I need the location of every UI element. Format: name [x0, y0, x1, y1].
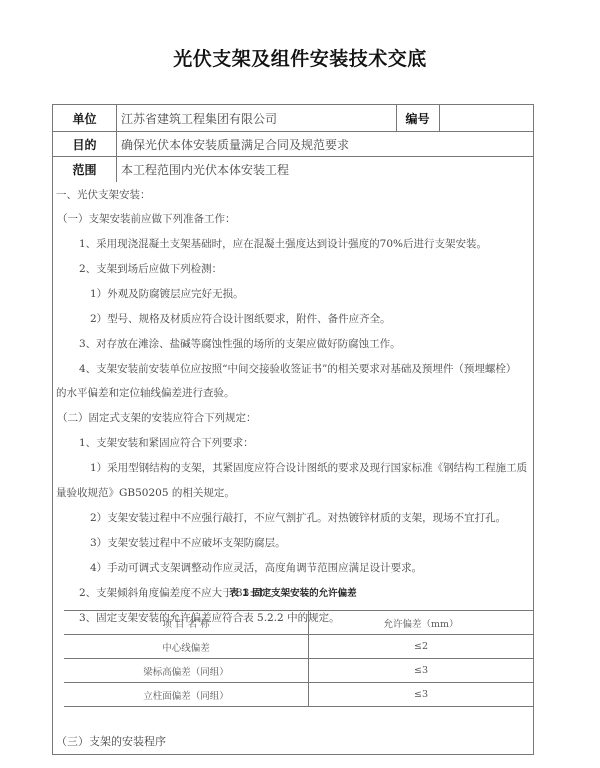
- body-line: 量验收规范》GB50205 的相关规定。: [56, 485, 235, 500]
- body-line: 1、支架安装和紧固应符合下列要求：: [79, 435, 254, 450]
- body-line: 3）支架安装过程中不应破坏支架防腐层。: [90, 535, 286, 550]
- number-label: 编号: [396, 105, 439, 131]
- number-value: [439, 105, 534, 131]
- subsection-heading: （三）支架的安装程序: [56, 733, 166, 749]
- scope-value: 本工程范围内光伏本体安装工程: [116, 157, 534, 182]
- table-row: 梁标高偏差（同组） ≤3: [64, 659, 534, 683]
- table-row: 立柱面偏差（同组） ≤3: [64, 683, 534, 707]
- document-title: 光伏支架及组件安装技术交底: [0, 44, 600, 71]
- table-cell: 立柱面偏差（同组）: [64, 683, 308, 706]
- subsection-heading: （二）固定式支架的安装应符合下列规定：: [57, 410, 257, 425]
- table-cell: ≤2: [308, 635, 534, 658]
- body-line: 2、支架到场后应做下列检测：: [79, 261, 222, 276]
- scope-label: 范围: [53, 157, 116, 182]
- body-line: 的水平偏差和定位轴线偏差进行查验。: [56, 385, 235, 400]
- section-heading: 一、光伏支架安装：: [56, 187, 151, 202]
- header-cell: 允许偏差（mm）: [308, 611, 534, 634]
- scope-row: 范围 本工程范围内光伏本体安装工程: [53, 157, 533, 182]
- deviation-table: 项 目 名 称 允许偏差（mm） 中心线偏差 ≤2 梁标高偏差（同组） ≤3 立…: [64, 610, 534, 707]
- unit-label: 单位: [53, 105, 116, 131]
- table-cell: 中心线偏差: [64, 635, 308, 658]
- table-row: 中心线偏差 ≤2: [64, 635, 534, 659]
- unit-row: 单位 江苏省建筑工程集团有限公司 编号: [53, 105, 533, 132]
- purpose-row: 目的 确保光伏本体安装质量满足合同及规范要求: [53, 132, 533, 157]
- purpose-label: 目的: [53, 132, 116, 156]
- document-table: 单位 江苏省建筑工程集团有限公司 编号 目的 确保光伏本体安装质量满足合同及规范…: [52, 104, 534, 755]
- table-cell: 梁标高偏差（同组）: [64, 659, 308, 682]
- body-line: 2）支架安装过程中不应强行敲打，不应气割扩孔。对热镀锌材质的支架，现场不宜打孔。: [90, 510, 506, 525]
- body-line: 1）采用型钢结构的支架，其紧固度应符合设计图纸的要求及现行国家标准《钢结构工程施…: [90, 460, 527, 475]
- body-line: 4、支架安装前安装单位应按照“中间交接验收签证书”的相关要求对基础及预埋件（预埋…: [79, 361, 516, 376]
- purpose-value: 确保光伏本体安装质量满足合同及规范要求: [116, 132, 534, 156]
- subsection-heading: （一）支架安装前应做下列准备工作：: [57, 211, 236, 226]
- header-cell: 项 目 名 称: [64, 611, 308, 634]
- table-cell: ≤3: [308, 659, 534, 682]
- body-line: 2）型号、规格及材质应符合设计图纸要求，附件、备件应齐全。: [90, 311, 391, 326]
- table-header-row: 项 目 名 称 允许偏差（mm）: [64, 611, 534, 635]
- body-line: 1、采用现浇混凝土支架基础时，应在混凝土强度达到设计强度的70%后进行支架安装。: [79, 236, 487, 251]
- body-line: 3、对存放在滩涂、盐碱等腐蚀性强的场所的支架应做好防腐蚀工作。: [79, 336, 401, 351]
- table-caption: 表 1 固定支架安装的允许偏差: [53, 585, 533, 599]
- body-line: 1）外观及防腐镀层应完好无损。: [90, 286, 244, 301]
- body-line: 4）手动可调式支架调整动作应灵活，高度角调节范围应满足设计要求。: [90, 560, 422, 575]
- table-cell: ≤3: [308, 683, 534, 706]
- unit-value: 江苏省建筑工程集团有限公司: [116, 105, 396, 131]
